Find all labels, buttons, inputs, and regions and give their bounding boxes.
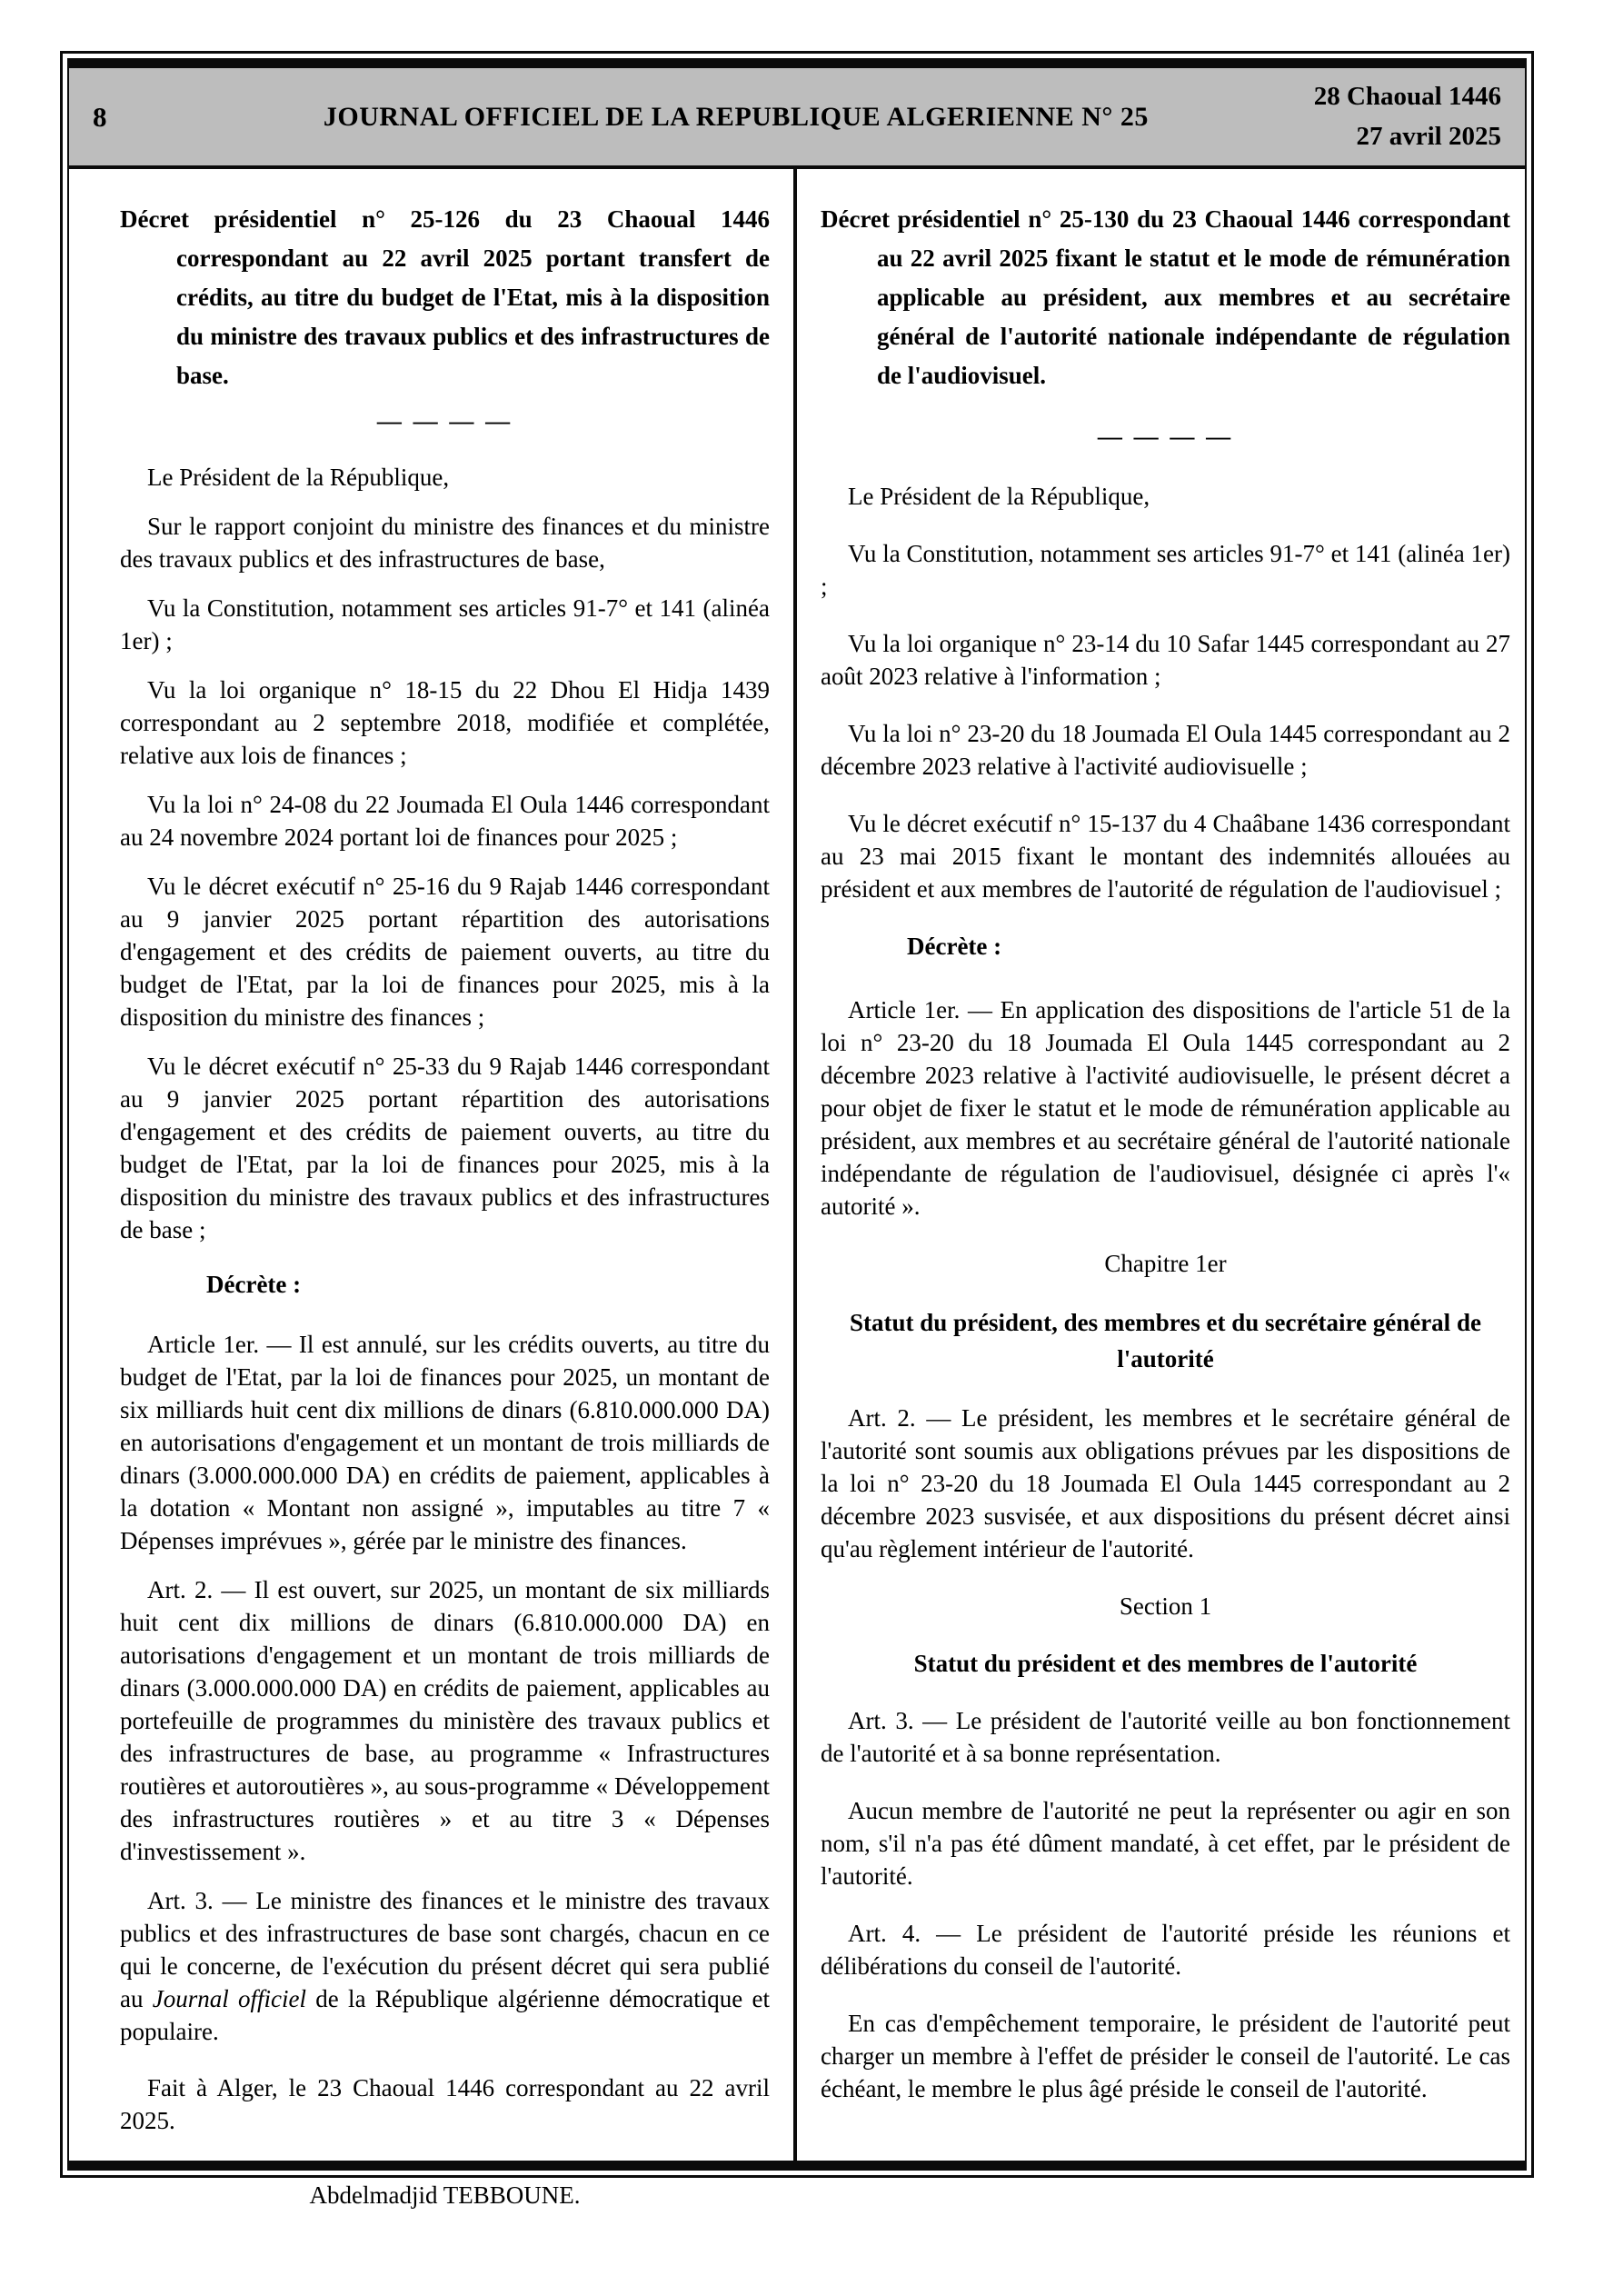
paragraph-fait-a-alger: Fait à Alger, le 23 Chaoual 1446 corresp… [120, 2071, 770, 2137]
signature-president: Abdelmadjid TEBBOUNE. [120, 2179, 770, 2211]
paragraph-article-1: Article 1er. — Il est annulé, sur les cr… [120, 1328, 770, 1557]
paragraph-president: Le Président de la République, [120, 461, 770, 494]
chapitre-1-label: Chapitre 1er [821, 1247, 1510, 1280]
page-frame: 8 JOURNAL OFFICIEL DE LA REPUBLIQUE ALGE… [60, 51, 1534, 2178]
left-column: Décret présidentiel n° 25-126 du 23 Chao… [69, 169, 797, 2161]
two-column-body: Décret présidentiel n° 25-126 du 23 Chao… [69, 169, 1525, 2161]
separator-dashes: — — — — [821, 420, 1510, 453]
date-gregorian: 27 avril 2025 [1314, 117, 1501, 157]
paragraph-decret-15-137: Vu le décret exécutif n° 15-137 du 4 Cha… [821, 807, 1510, 905]
paragraph-article-4: Art. 4. — Le président de l'autorité pré… [821, 1917, 1510, 1982]
paragraph-article-3: Art. 3. — Le ministre des finances et le… [120, 1884, 770, 2048]
decrete-label: Décrète : [120, 1268, 770, 1301]
decree-title-25-126: Décret présidentiel n° 25-126 du 23 Chao… [120, 200, 770, 395]
paragraph-article-3: Art. 3. — Le président de l'autorité vei… [821, 1704, 1510, 1770]
decree-title-25-130: Décret présidentiel n° 25-130 du 23 Chao… [821, 200, 1510, 395]
paragraph-empechement: En cas d'empêchement temporaire, le prés… [821, 2007, 1510, 2105]
paragraph-president: Le Président de la République, [821, 480, 1510, 513]
paragraph-article-1: Article 1er. — En application des dispos… [821, 993, 1510, 1223]
journal-title: JOURNAL OFFICIEL DE LA REPUBLIQUE ALGERI… [174, 102, 1298, 133]
right-column: Décret présidentiel n° 25-130 du 23 Chao… [797, 169, 1525, 2161]
chapitre-1-title: Statut du président, des membres et du s… [821, 1304, 1510, 1377]
date-hijri: 28 Chaoual 1446 [1314, 77, 1501, 117]
journal-officiel-italic: Journal officiel [153, 1985, 306, 2012]
separator-dashes: — — — — [120, 404, 770, 437]
decrete-label: Décrète : [821, 930, 1510, 963]
paragraph-loi-organique-23-14: Vu la loi organique n° 23-14 du 10 Safar… [821, 627, 1510, 693]
journal-officiel-page: 8 JOURNAL OFFICIEL DE LA REPUBLIQUE ALGE… [0, 0, 1623, 2296]
page-number: 8 [93, 101, 158, 134]
section-1-label: Section 1 [821, 1590, 1510, 1622]
paragraph-loi-23-20: Vu la loi n° 23-20 du 18 Joumada El Oula… [821, 717, 1510, 783]
paragraph-loi-24-08: Vu la loi n° 24-08 du 22 Joumada El Oula… [120, 788, 770, 854]
paragraph-rapport: Sur le rapport conjoint du ministre des … [120, 510, 770, 575]
paragraph-constitution: Vu la Constitution, notamment ses articl… [120, 592, 770, 657]
page-header: 8 JOURNAL OFFICIEL DE LA REPUBLIQUE ALGE… [69, 68, 1525, 169]
paragraph-constitution: Vu la Constitution, notamment ses articl… [821, 537, 1510, 603]
paragraph-article-2: Art. 2. — Le président, les membres et l… [821, 1402, 1510, 1565]
section-1-title: Statut du président et des membres de l'… [821, 1647, 1510, 1680]
paragraph-loi-organique-18-15: Vu la loi organique n° 18-15 du 22 Dhou … [120, 674, 770, 772]
paragraph-article-2: Art. 2. — Il est ouvert, sur 2025, un mo… [120, 1573, 770, 1868]
paragraph-aucun-membre: Aucun membre de l'autorité ne peut la re… [821, 1794, 1510, 1892]
page-frame-inner: 8 JOURNAL OFFICIEL DE LA REPUBLIQUE ALGE… [67, 58, 1527, 2171]
paragraph-decret-25-16: Vu le décret exécutif n° 25-16 du 9 Raja… [120, 870, 770, 1033]
header-dates: 28 Chaoual 1446 27 avril 2025 [1314, 77, 1501, 156]
paragraph-decret-25-33: Vu le décret exécutif n° 25-33 du 9 Raja… [120, 1050, 770, 1246]
